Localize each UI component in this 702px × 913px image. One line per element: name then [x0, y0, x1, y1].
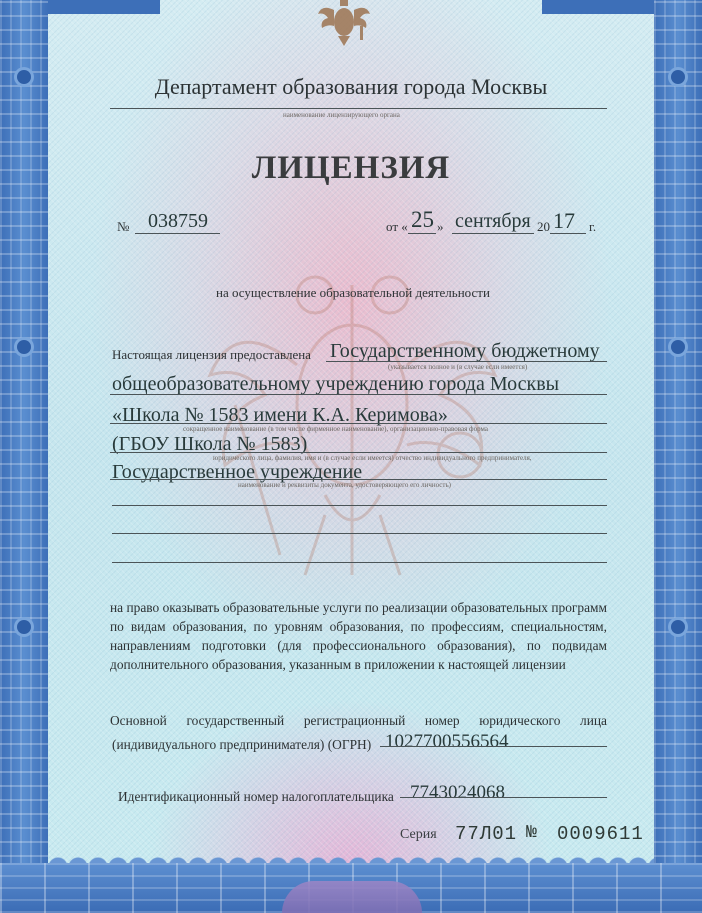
date-from-label: от « [386, 219, 408, 235]
authority-underline [110, 108, 607, 109]
border-rosette-icon [17, 620, 31, 634]
blank-line-1 [112, 505, 607, 506]
ornamental-border-left [0, 0, 48, 913]
licensee-caption-1: (указывается полное и (в случае если име… [388, 363, 527, 371]
ogrn-label-line-1: Основной государственный регистрационный… [110, 711, 607, 730]
border-rosette-icon [671, 340, 685, 354]
licensee-underline-2 [110, 394, 607, 395]
licensee-underline-4 [110, 452, 607, 453]
rights-paragraph: на право оказывать образовательные услуг… [110, 598, 607, 674]
license-purpose: на осуществление образовательной деятель… [216, 285, 490, 301]
licensee-caption-2: сокращенное наименование (в том числе фи… [183, 425, 488, 433]
series-value: 77Л01 [455, 823, 517, 845]
form-number-label: № [526, 823, 538, 843]
ogrn-underline [380, 746, 607, 747]
licensee-underline-1 [326, 361, 607, 362]
inn-underline [400, 797, 607, 798]
blank-line-3 [112, 562, 607, 563]
licensee-underline-3 [110, 423, 607, 424]
ogrn-label-line-2: (индивидуального предпринимателя) (ОГРН) [112, 737, 371, 753]
license-document: Департамент образования города Москвы на… [0, 0, 702, 913]
document-title: ЛИЦЕНЗИЯ [0, 150, 702, 187]
licensee-underline-5 [110, 479, 607, 480]
ogrn-value: 1027700556564 [385, 731, 509, 753]
series-label: Серия [400, 827, 437, 843]
day-underline [408, 233, 436, 234]
date-close-quote: » [437, 219, 444, 235]
month-underline [452, 233, 534, 234]
form-number-value: 0009611 [557, 823, 644, 845]
ornamental-border-right [654, 0, 702, 913]
blank-line-2 [112, 533, 607, 534]
date-month: сентября [455, 210, 531, 233]
date-year-suffix: 17 [553, 208, 575, 234]
license-number: 038759 [148, 210, 208, 233]
authority-caption: наименование лицензирующего органа [283, 111, 400, 119]
licensee-caption-4: наименование и реквизиты документа, удос… [238, 481, 451, 489]
inn-label: Идентификационный номер налогоплательщик… [118, 789, 394, 805]
granted-label: Настоящая лицензия предоставлена [112, 347, 311, 363]
inn-value: 7743024068 [410, 782, 505, 804]
licensee-line-2: общеобразовательному учреждению города М… [112, 373, 559, 396]
number-underline [135, 233, 220, 234]
coat-of-arms-icon [316, 0, 372, 46]
licensee-line-1: Государственному бюджетному [330, 340, 600, 363]
date-day: 25 [411, 207, 434, 233]
border-rosette-icon [17, 340, 31, 354]
hologram-icon [282, 881, 422, 913]
number-label: № [117, 219, 129, 235]
date-year-label: г. [589, 219, 596, 235]
issuing-authority: Департамент образования города Москвы [0, 74, 702, 100]
date-year-prefix: 20 [537, 219, 550, 235]
year-underline [550, 233, 586, 234]
border-rosette-icon [671, 620, 685, 634]
